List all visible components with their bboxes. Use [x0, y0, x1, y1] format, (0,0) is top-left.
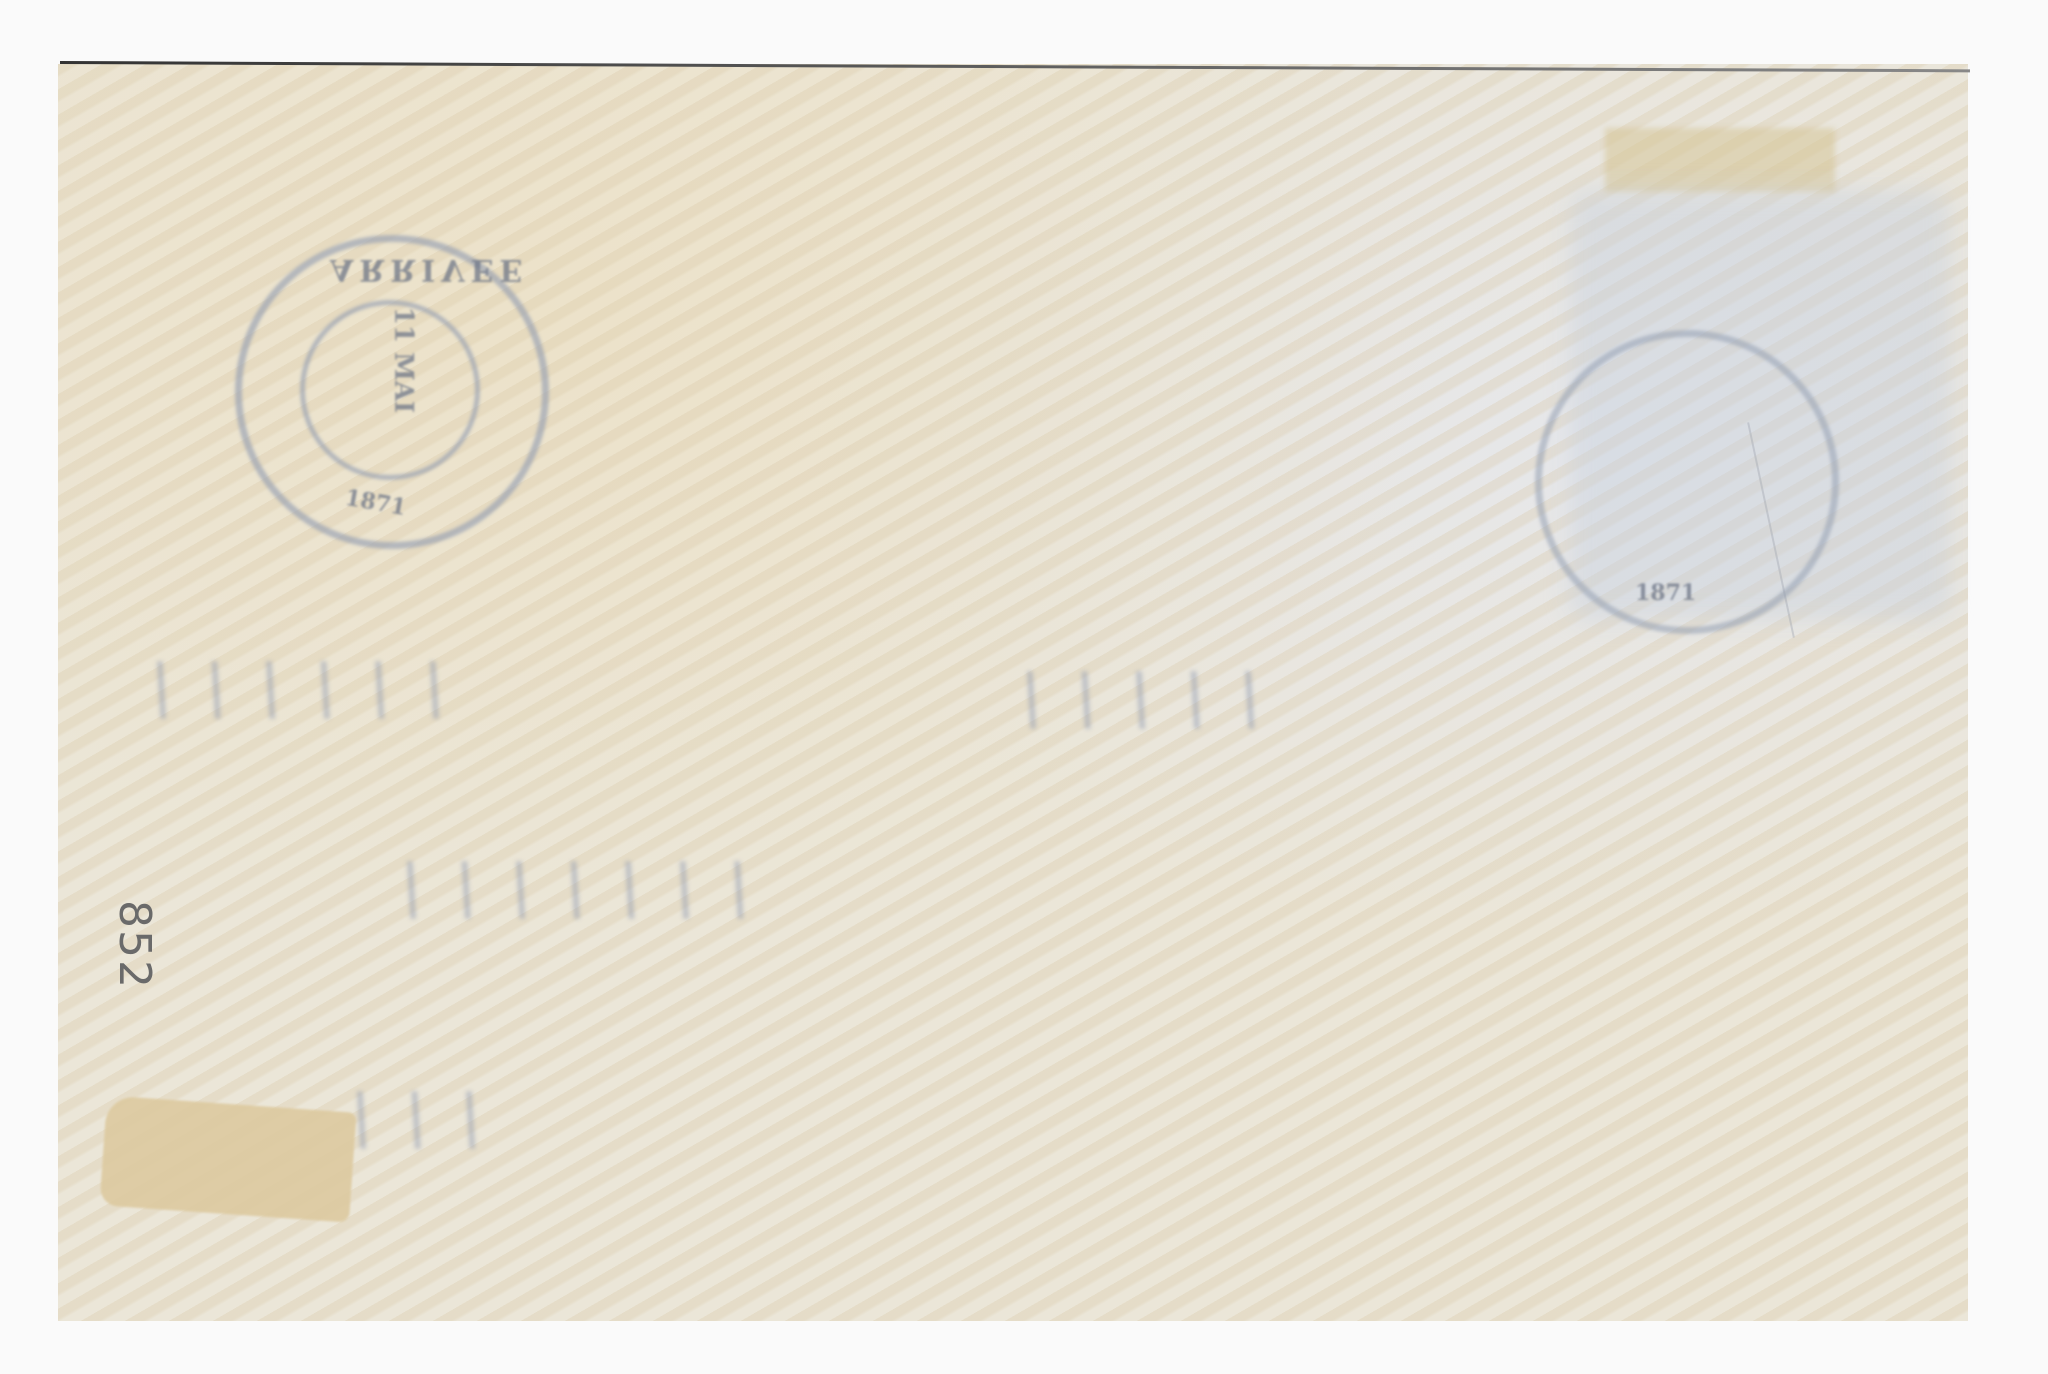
hinge-remnant	[99, 1095, 356, 1222]
bleed-through-line-3: ∖∖∖∖∖∖∖	[380, 850, 762, 932]
bleed-through-line-1: ∖∖∖∖∖∖	[130, 650, 457, 732]
postmark-left-date: 11 MAI	[388, 307, 418, 413]
postmark-left-top-text: ARRIVEE	[330, 252, 528, 287]
bleed-through-line-2: ∖∖∖∖∖	[1000, 660, 1273, 742]
stamp-hinge-stain	[1605, 128, 1835, 192]
postmark-right-year: 1871	[1635, 580, 1696, 606]
pencil-note: 852	[109, 900, 160, 990]
